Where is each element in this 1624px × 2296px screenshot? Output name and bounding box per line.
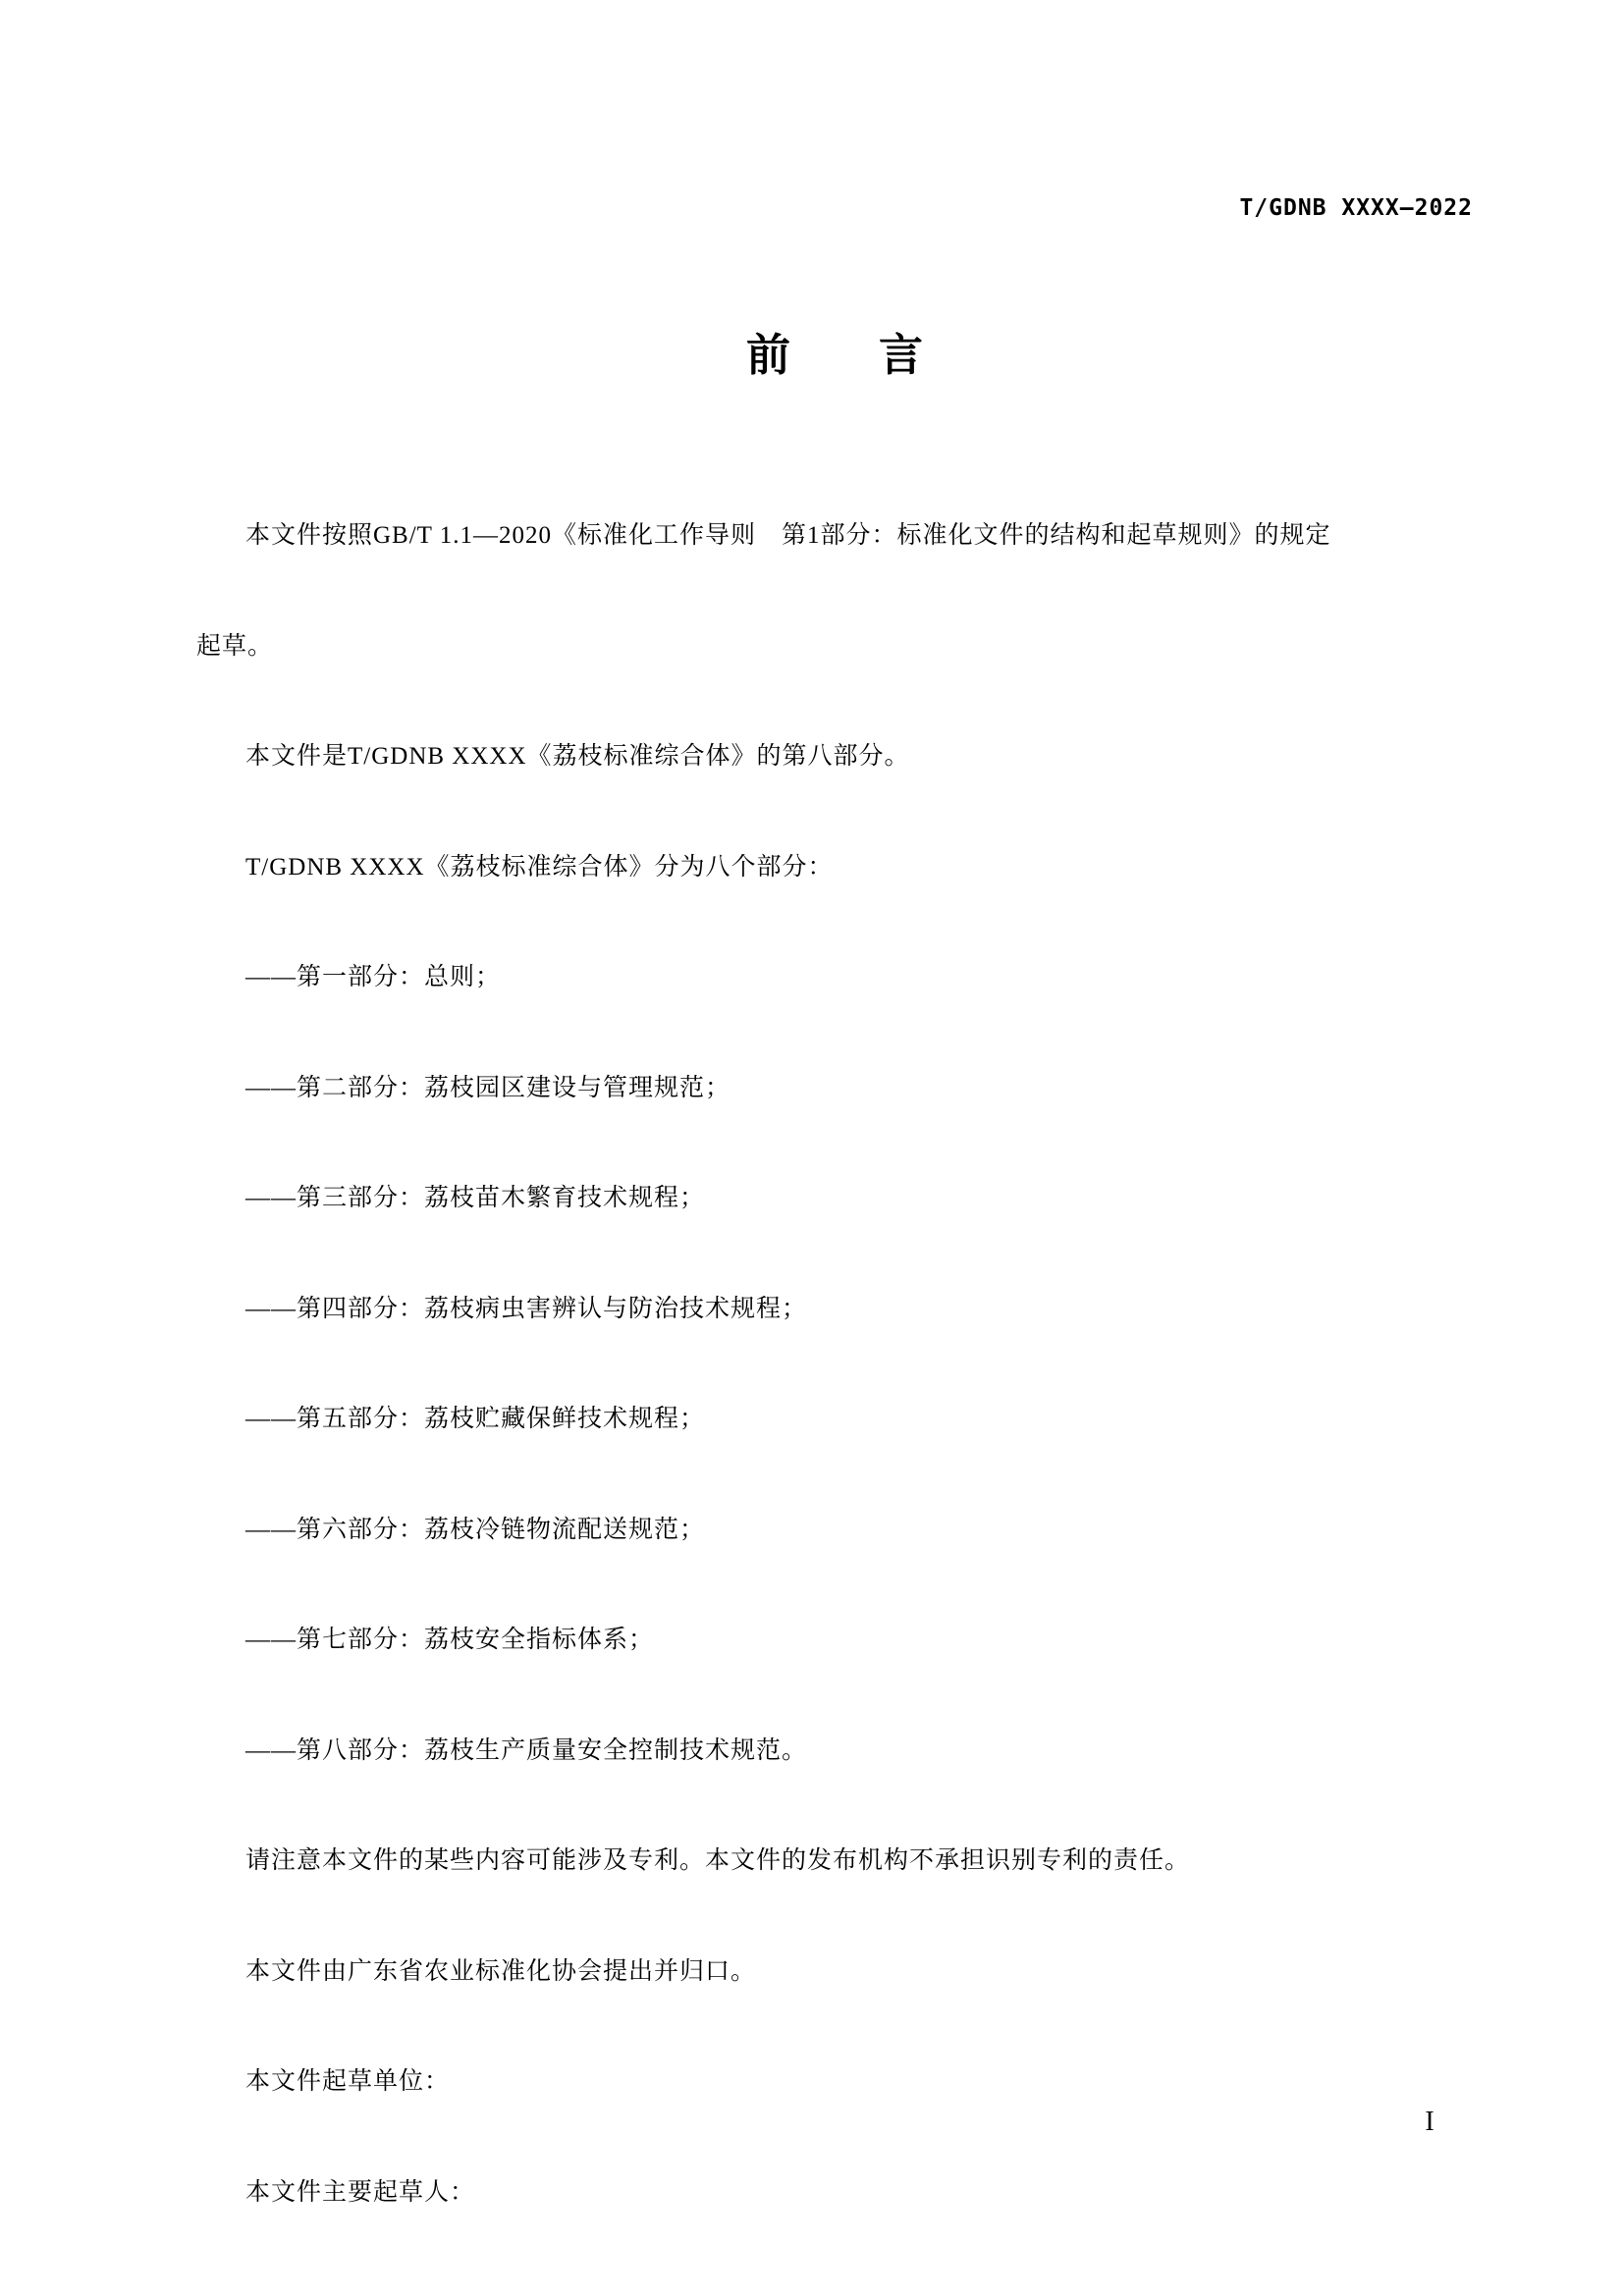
para-drafting-units: 本文件起草单位： [196, 2063, 1477, 2101]
list-item-part-2: ——第二部分：荔枝园区建设与管理规范； [196, 1070, 1477, 1107]
foreword-body: 本文件按照GB/T 1.1—2020《标准化工作导则 第1部分：标准化文件的结构… [196, 444, 1477, 2284]
list-item-part-4: ——第四部分：荔枝病虫害辨认与防治技术规程； [196, 1291, 1477, 1328]
para-proposing-org: 本文件由广东省农业标准化协会提出并归口。 [196, 1953, 1477, 1991]
list-item-part-7: ——第七部分：荔枝安全指标体系； [196, 1622, 1477, 1659]
para-series-division: T/GDNB XXXX《荔枝标准综合体》分为八个部分： [196, 849, 1477, 886]
list-item-part-1: ——第一部分：总则； [196, 959, 1477, 996]
list-item-part-8: ——第八部分：荔枝生产质量安全控制技术规范。 [196, 1733, 1477, 1770]
page-number: I [1410, 2107, 1449, 2138]
doc-number: T/GDNB XXXX—2022 [1239, 195, 1473, 221]
para-main-drafters: 本文件主要起草人： [196, 2174, 1477, 2212]
para-drafting-basis-line-1: 本文件按照GB/T 1.1—2020《标准化工作导则 第1部分：标准化文件的结构… [196, 517, 1477, 555]
list-item-part-5: ——第五部分：荔枝贮藏保鲜技术规程； [196, 1401, 1477, 1438]
para-part-of-series: 本文件是T/GDNB XXXX《荔枝标准综合体》的第八部分。 [196, 738, 1477, 775]
list-item-part-3: ——第三部分：荔枝苗木繁育技术规程； [196, 1180, 1477, 1217]
page-title: 前 言 [196, 332, 1473, 379]
list-item-part-6: ——第六部分：荔枝冷链物流配送规范； [196, 1512, 1477, 1549]
document-page: T/GDNB XXXX—2022 前 言 本文件按照GB/T 1.1—2020《… [0, 0, 1624, 2296]
para-drafting-basis-line-2: 起草。 [196, 628, 1477, 666]
para-patent-notice: 请注意本文件的某些内容可能涉及专利。本文件的发布机构不承担识别专利的责任。 [196, 1842, 1477, 1880]
